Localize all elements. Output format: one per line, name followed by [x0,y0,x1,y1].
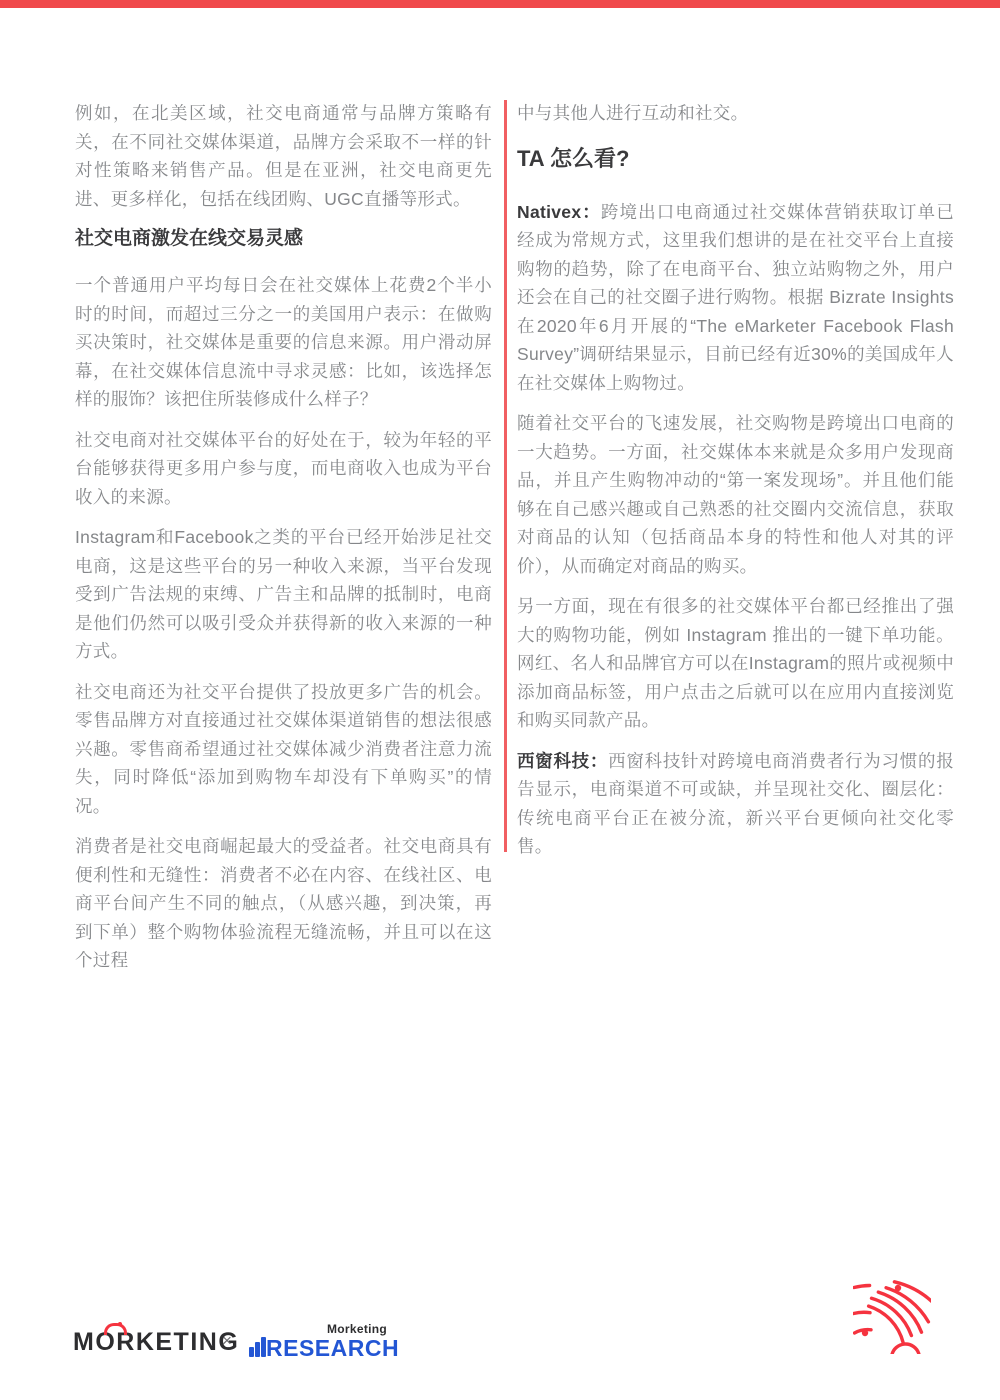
top-accent-bar [0,0,1000,8]
column-divider-line [504,100,507,852]
paragraph-continuation: 中与其他人进行互动和社交。 [517,99,954,128]
fingerprint-arcs-logo [853,1270,931,1354]
nativex-label: Nativex： [517,202,601,222]
morketing-arc-icon [104,1323,127,1335]
left-column: 例如，在北美区域，社交电商通常与品牌方策略有关，在不同社交媒体渠道，品牌方会采取… [75,99,492,987]
paragraph-xichuang: 西窗科技：西窗科技针对跨境电商消费者行为习惯的报告显示，电商渠道不可或缺，并呈现… [517,747,954,861]
paragraph: 随着社交平台的飞速发展，社交购物是跨境出口电商的一大趋势。一方面，社交媒体本来就… [517,409,954,580]
bar-chart-icon [249,1337,267,1357]
ta-section-heading: TA 怎么看? [517,144,954,174]
paragraph: 社交电商对社交媒体平台的好处在于，较为年轻的平台能够获得更多用户参与度，而电商收… [75,426,492,512]
multiply-separator: × [222,1331,232,1351]
paragraph-nativex: Nativex：跨境出口电商通过社交媒体营销获取订单已经成为常规方式，这里我们想… [517,198,954,398]
morketing-research-logo: Morketing RESEARCH [249,1314,379,1360]
research-logo-super-text: Morketing [327,1322,387,1336]
paragraph: Instagram和Facebook之类的平台已经开始涉足社交电商，这是这些平台… [75,523,492,666]
paragraph: 另一方面，现在有很多的社交媒体平台都已经推出了强大的购物功能，例如 Instag… [517,592,954,735]
fingerprint-dot-icon [862,1330,868,1336]
xichuang-label: 西窗科技： [517,751,608,771]
morketing-logo: MORKETING [73,1328,239,1357]
fingerprint-dot-icon [895,1285,901,1291]
paragraph: 消费者是社交电商崛起最大的受益者。社交电商具有便利性和无缝性：消费者不必在内容、… [75,832,492,975]
paragraph: 一个普通用户平均每日会在社交媒体上花费2个半小时的时间，而超过三分之一的美国用户… [75,271,492,414]
paragraph-intro: 例如，在北美区域，社交电商通常与品牌方策略有关，在不同社交媒体渠道，品牌方会采取… [75,99,492,213]
nativex-text: 跨境出口电商通过社交媒体营销获取订单已经成为常规方式，这里我们想讲的是在社交平台… [517,202,954,393]
research-logo-text: RESEARCH [266,1337,399,1360]
paragraph: 社交电商还为社交平台提供了投放更多广告的机会。零售品牌方对直接通过社交媒体渠道销… [75,678,492,821]
section-heading: 社交电商激发在线交易灵感 [75,225,492,253]
page-footer: MORKETING × Morketing RESEARCH [0,1310,1000,1370]
right-column: 中与其他人进行互动和社交。 TA 怎么看? Nativex：跨境出口电商通过社交… [517,99,954,873]
report-page: 例如，在北美区域，社交电商通常与品牌方策略有关，在不同社交媒体渠道，品牌方会采取… [0,0,1000,1400]
morketing-logo-text: MORKETING [73,1328,239,1356]
morketing-dot-icon [118,1322,122,1326]
